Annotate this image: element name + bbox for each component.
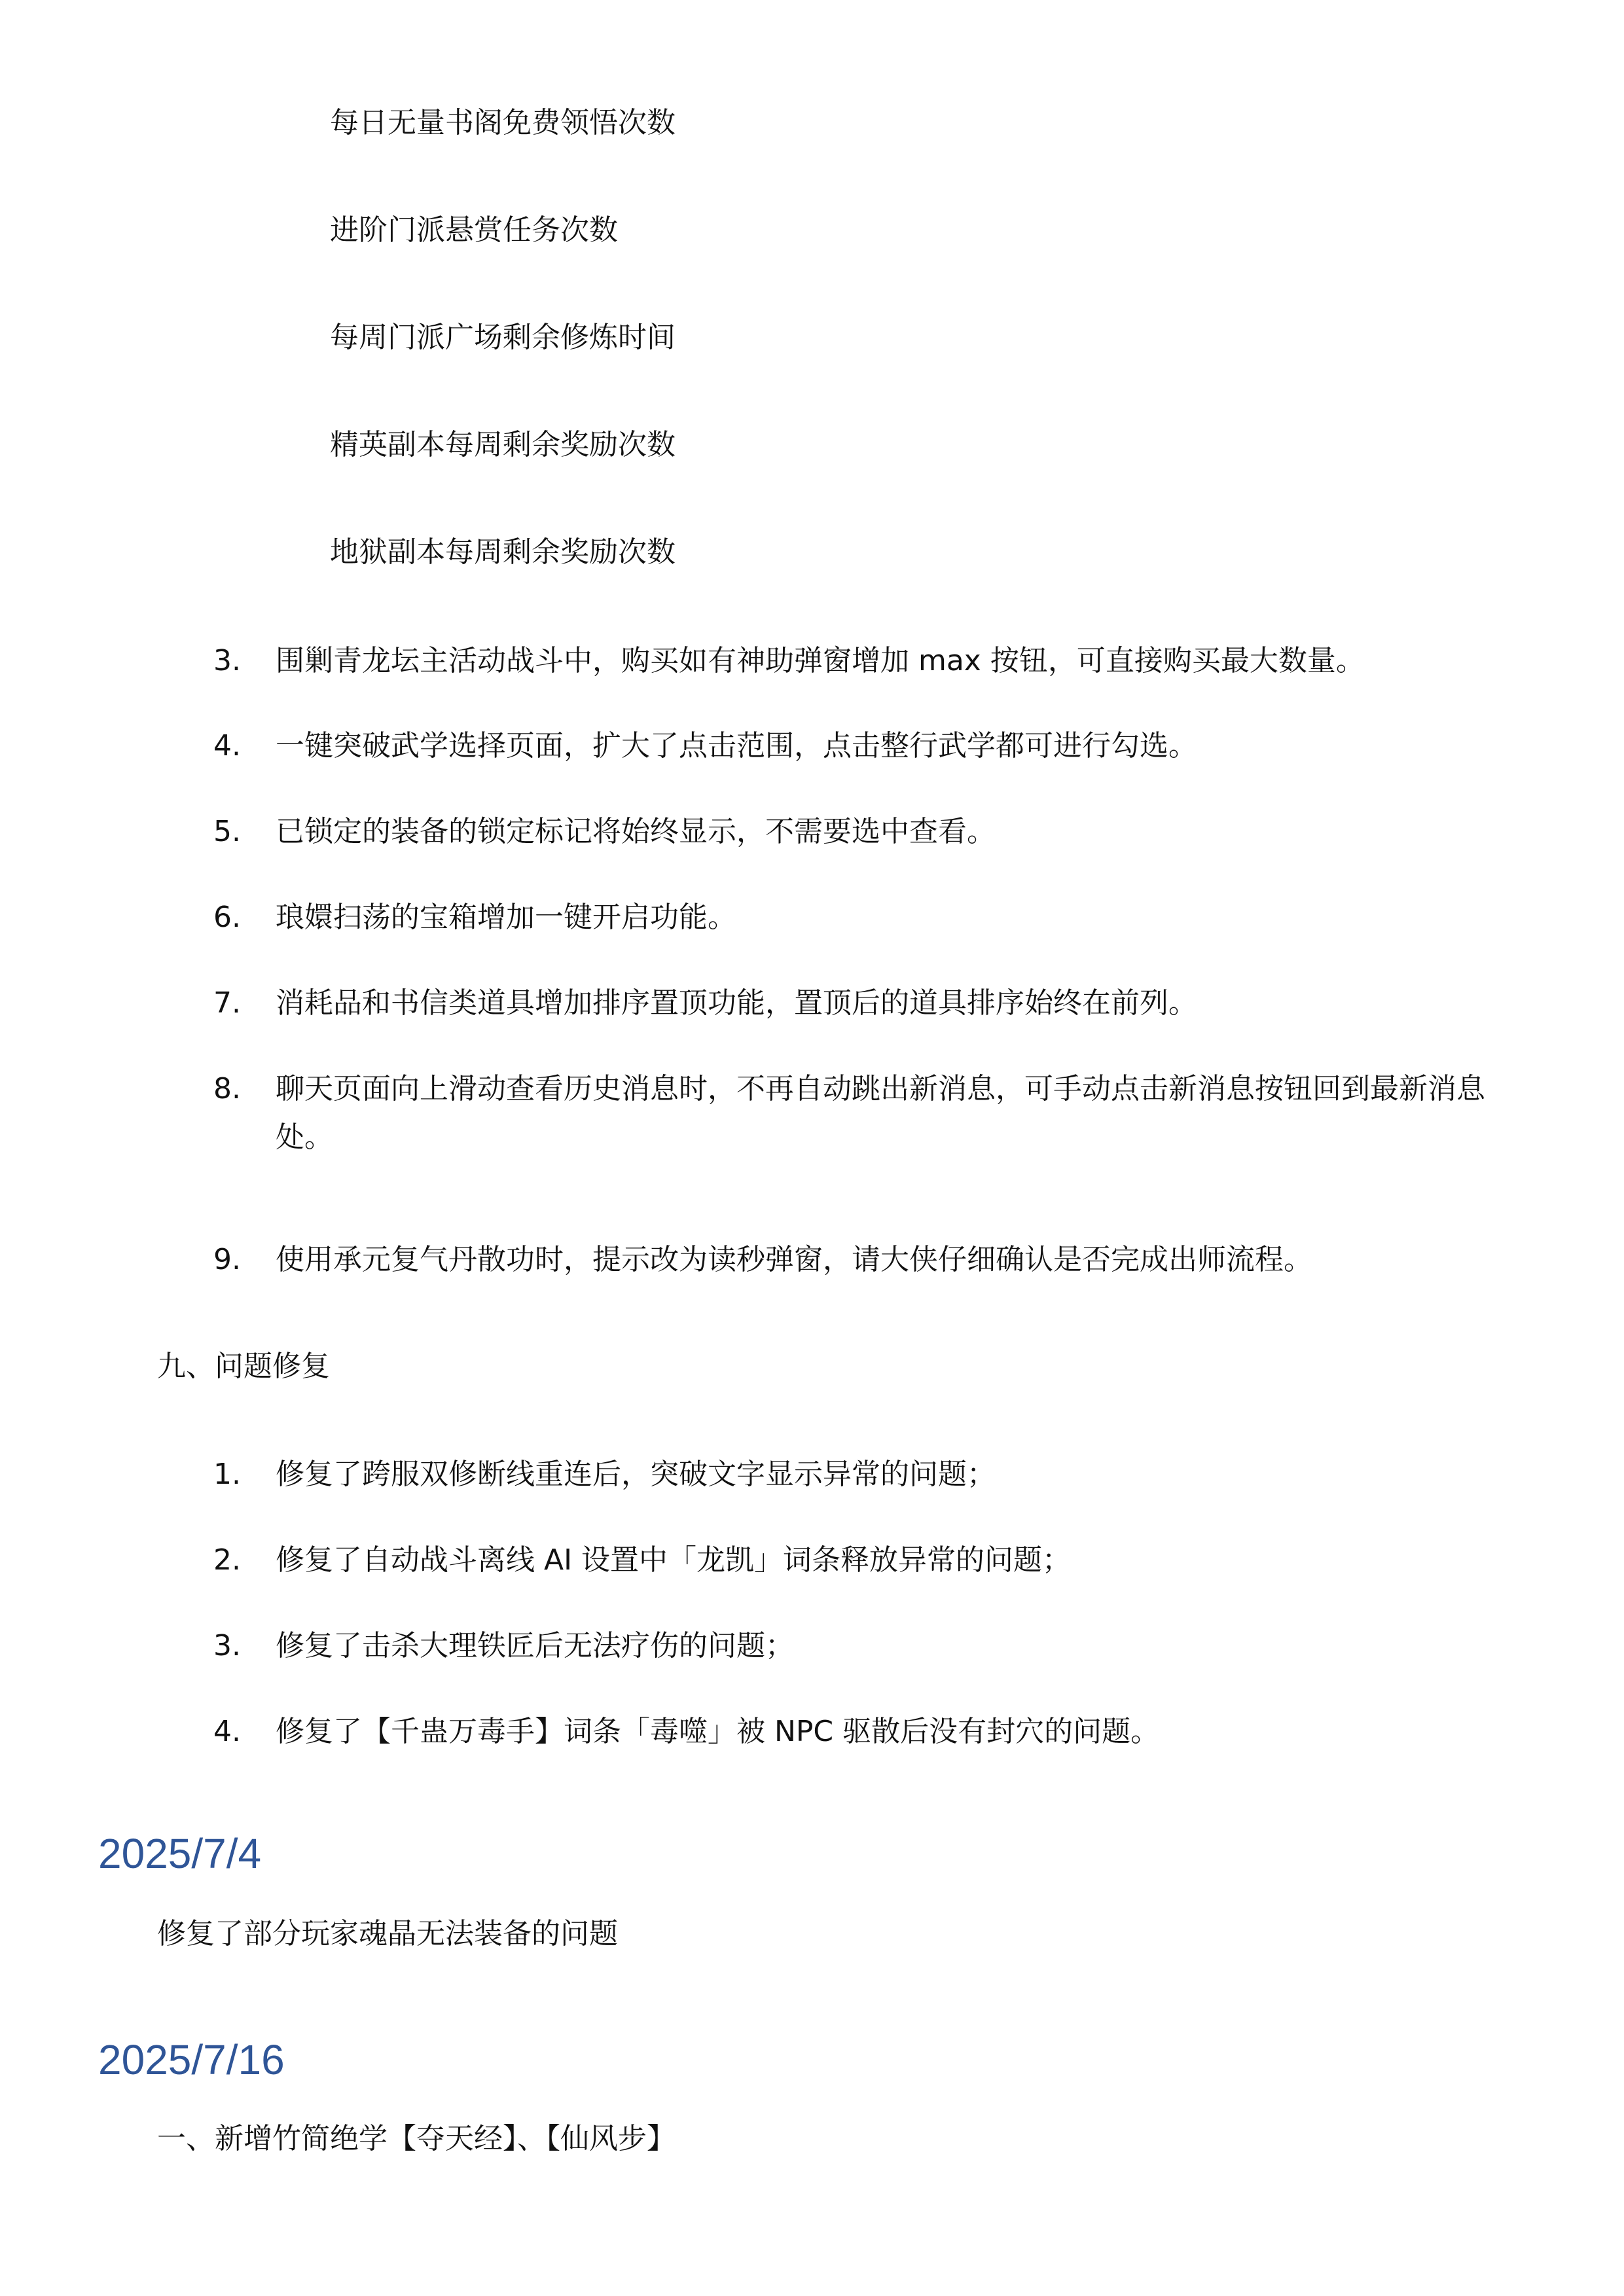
list-item: 已锁定的装备的锁定标记将始终显示，不需要选中查看。 [276, 812, 996, 852]
list-item: 围剿青龙坛主活动战斗中，购买如有神助弹窗增加 max 按钮，可直接购买最大数量。 [276, 641, 1365, 681]
list-number: 6. [213, 898, 253, 937]
list-number: 4. [213, 1712, 253, 1751]
list-item: 修复了击杀大理铁匠后无法疗伤的问题； [276, 1626, 794, 1666]
sublist-item: 精英副本每周剩余奖励次数 [330, 425, 676, 465]
date-heading: 2025/7/16 [98, 2036, 285, 2084]
sublist-item: 每日无量书阁免费领悟次数 [330, 103, 676, 143]
list-item: 消耗品和书信类道具增加排序置顶功能，置顶后的道具排序始终在前列。 [276, 984, 1197, 1023]
list-number: 3. [213, 641, 253, 681]
list-item: 修复了跨服双修断线重连后，突破文字显示异常的问题； [276, 1455, 996, 1494]
list-item: 修复了【千蛊万毒手】词条「毒噬」被 NPC 驱散后没有封穴的问题。 [276, 1712, 1159, 1751]
update-text: 一、新增竹简绝学【夺天经】、【仙风步】 [157, 2119, 676, 2159]
date-heading: 2025/7/4 [98, 1829, 261, 1878]
list-number: 1. [213, 1455, 253, 1494]
update-text: 修复了部分玩家魂晶无法装备的问题 [157, 1914, 618, 1954]
list-number: 8. [213, 1069, 253, 1109]
sublist-item: 进阶门派悬赏任务次数 [330, 211, 618, 250]
list-item: 一键突破武学选择页面，扩大了点击范围，点击整行武学都可进行勾选。 [276, 726, 1197, 766]
list-item: 琅嬛扫荡的宝箱增加一键开启功能。 [276, 898, 736, 937]
list-number: 4. [213, 726, 253, 766]
sublist-item: 地狱副本每周剩余奖励次数 [330, 533, 676, 572]
list-item: 聊天页面向上滑动查看历史消息时，不再自动跳出新消息，可手动点击新消息按钮回到最新… [276, 1065, 1519, 1162]
list-item: 修复了自动战斗离线 AI 设置中「龙凯」词条释放异常的问题； [276, 1541, 1071, 1580]
sublist-item: 每周门派广场剩余修炼时间 [330, 318, 676, 357]
list-number: 9. [213, 1240, 253, 1280]
list-number: 2. [213, 1541, 253, 1580]
section-heading: 九、问题修复 [157, 1347, 330, 1386]
list-number: 3. [213, 1626, 253, 1666]
list-number: 7. [213, 984, 253, 1023]
list-number: 5. [213, 812, 253, 852]
list-item: 使用承元复气丹散功时，提示改为读秒弹窗，请大侠仔细确认是否完成出师流程。 [276, 1240, 1312, 1280]
